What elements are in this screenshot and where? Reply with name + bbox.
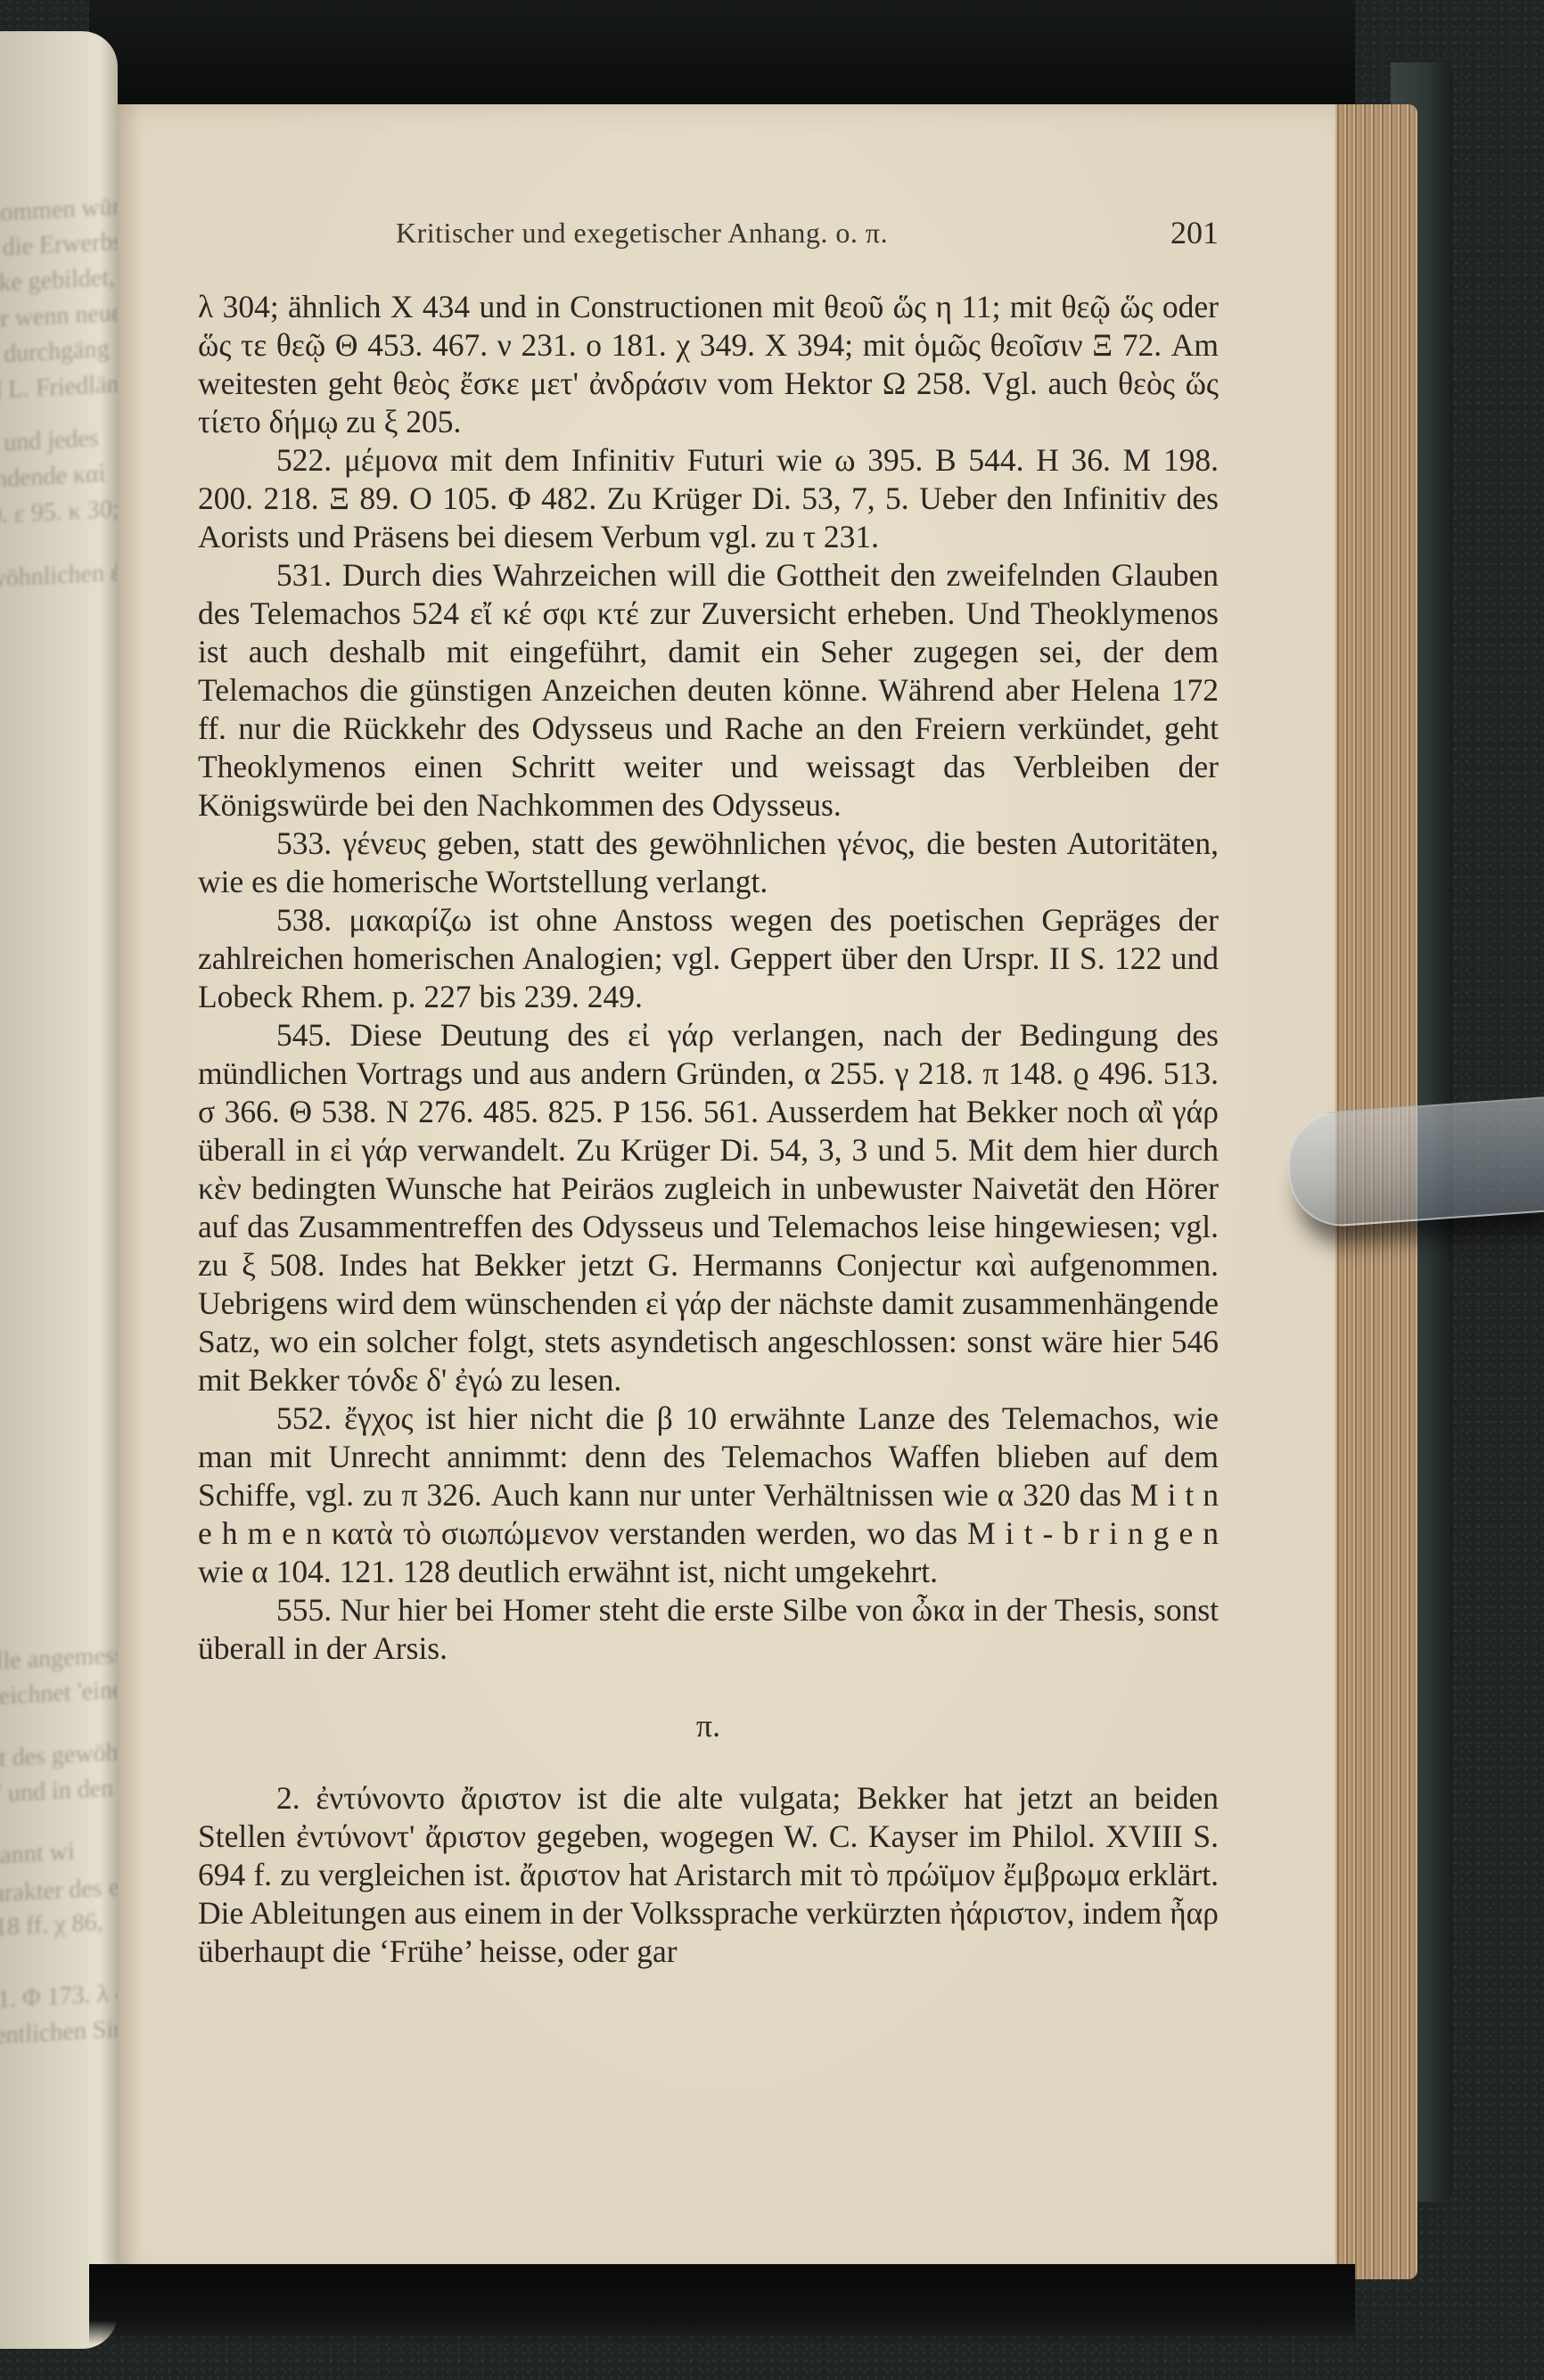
page-holder-clip — [1285, 1096, 1544, 1230]
left-page-curl: o. genommen würde, auf die Erwerbs Volke… — [0, 31, 118, 2349]
note-522: 522. μέμονα mit dem Infinitiv Futuri wie… — [198, 441, 1219, 556]
ghost-text-line: π 118 ff. χ 86, — [0, 1908, 103, 1944]
ghost-text-line: genannt wi — [0, 1838, 75, 1872]
running-title: Kritischer und exegetischer Anhang. o. π… — [396, 214, 888, 252]
note-552: 552. ἔγχος ist hier nicht die β 10 erwäh… — [198, 1399, 1219, 1591]
ghost-text-line: gewöhnlichen ἐπαρ — [0, 556, 118, 595]
ghost-text-line: genommen würde, — [0, 192, 118, 230]
note-531: 531. Durch dies Wahrzeichen will die Got… — [198, 556, 1219, 825]
ghost-text-line: Stelle angemessen — [0, 1640, 118, 1678]
ghost-text-line: Fra und jedes — [0, 424, 99, 460]
note-545: 545. Diese Deutung des εἰ γάρ verlangen,… — [198, 1016, 1219, 1399]
ghost-text-line: blendende καὶ — [0, 460, 105, 496]
ghost-text-line: Charakter des ersten — [0, 1871, 118, 1910]
ghost-text-line: gilt durchgäng — [0, 335, 110, 372]
ghost-text-line: eigentlichen Sinn — [0, 2015, 118, 2052]
running-head: Kritischer und exegetischer Anhang. o. π… — [198, 214, 1219, 267]
ghost-text-line: und L. Friedlän — [0, 370, 118, 406]
note-pi-2: 2. ἐντύνοντο ἄριστον ist die alte vulgat… — [198, 1779, 1219, 1971]
ghost-text-line: φ 71. Φ 173. λ 48 — [0, 1979, 118, 2016]
ghost-text-line: Volke gebildet, — [0, 264, 115, 300]
note-538: 538. μακαρίζω ist ohne Anstoss wegen des… — [198, 901, 1219, 1016]
bottom-shadow — [89, 2264, 1355, 2344]
ghost-text-line: statt des gewöh — [0, 1738, 118, 1775]
ghost-text-line: 367 und in den — [0, 1775, 113, 1811]
note-555: 555. Nur hier bei Homer steht die erste … — [198, 1591, 1219, 1668]
paragraph-continuation: λ 304; ähnlich X 434 und in Construction… — [198, 288, 1219, 441]
ghost-text-line: bezeichnet 'eine — [0, 1676, 118, 1712]
ghost-text-line: 290. ε 95. κ 30; — [0, 495, 118, 531]
ghost-text-line: auf die Erwerbs — [0, 227, 118, 264]
ghost-text-line: oder wenn neue — [0, 299, 118, 335]
page-text-block: Kritischer und exegetischer Anhang. o. π… — [198, 214, 1219, 1971]
page-number: 201 — [1170, 214, 1219, 252]
note-533: 533. γένευς geben, statt des gewöhnliche… — [198, 825, 1219, 901]
section-heading-pi: π. — [198, 1707, 1219, 1745]
top-shadow — [89, 0, 1355, 111]
